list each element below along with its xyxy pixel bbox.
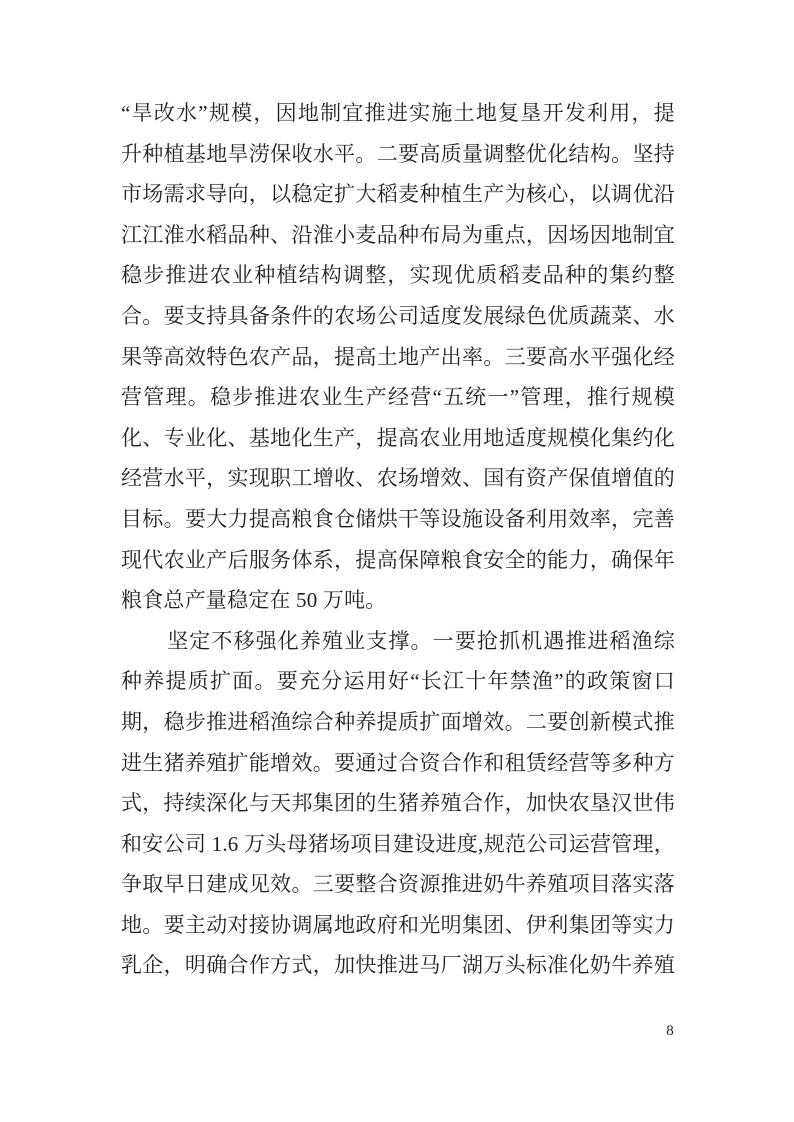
page-number: 8	[655, 1020, 685, 1042]
paragraph-2: 坚定不移强化养殖业支撑。一要抢抓机遇推进稻渔综合 种养提质扩面。要充分运用好“长…	[121, 621, 675, 986]
text-line: 期，稳步推进稻渔综合种养提质扩面增效。二要创新模式推	[121, 702, 675, 743]
text-line: 种养提质扩面。要充分运用好“长江十年禁渔”的政策窗口	[121, 661, 675, 702]
text-line: 升种植基地旱涝保收水平。二要高质量调整优化结构。坚持	[121, 134, 675, 175]
text-line: 稳步推进农业种植结构调整，实现优质稻麦品种的集约整	[121, 255, 675, 296]
text-line: 市场需求导向，以稳定扩大稻麦种植生产为核心，以调优沿	[121, 174, 675, 215]
document-body-text: “旱改水”规模，因地制宜推进实施土地复垦开发利用，提 升种植基地旱涝保收水平。二…	[121, 93, 675, 986]
text-line: 经营水平，实现职工增收、农场增效、国有资产保值增值的	[121, 458, 675, 499]
text-line: 乳企，明确合作方式，加快推进马厂湖万头标准化奶牛养殖	[121, 945, 675, 986]
text-line: 坚定不移强化养殖业支撑。一要抢抓机遇推进稻渔综合	[121, 621, 675, 662]
text-line: “旱改水”规模，因地制宜推进实施土地复垦开发利用，提	[121, 93, 675, 134]
text-line: 营管理。稳步推进农业生产经营“五统一”管理，推行规模	[121, 377, 675, 418]
text-line: 粮食总产量稳定在 50 万吨。	[121, 580, 675, 621]
text-line: 目标。要大力提高粮食仓储烘干等设施设备利用效率，完善	[121, 499, 675, 540]
text-line: 地。要主动对接协调属地政府和光明集团、伊利集团等实力	[121, 905, 675, 946]
text-line: 果等高效特色农产品，提高土地产出率。三要高水平强化经	[121, 337, 675, 378]
text-line: 现代农业产后服务体系，提高保障粮食安全的能力，确保年	[121, 540, 675, 581]
paragraph-1: “旱改水”规模，因地制宜推进实施土地复垦开发利用，提 升种植基地旱涝保收水平。二…	[121, 93, 675, 621]
text-line: 式，持续深化与天邦集团的生猪养殖合作，加快农垦汉世伟	[121, 783, 675, 824]
text-line: 化、专业化、基地化生产，提高农业用地适度规模化集约化	[121, 418, 675, 459]
text-line: 争取早日建成见效。三要整合资源推进奶牛养殖项目落实落	[121, 864, 675, 905]
text-line: 江江淮水稻品种、沿淮小麦品种布局为重点，因场因地制宜	[121, 215, 675, 256]
document-page: “旱改水”规模，因地制宜推进实施土地复垦开发利用，提 升种植基地旱涝保收水平。二…	[0, 0, 794, 1122]
text-line: 和安公司 1.6 万头母猪场项目建设进度,规范公司运营管理，	[121, 824, 675, 865]
text-line: 合。要支持具备条件的农场公司适度发展绿色优质蔬菜、水	[121, 296, 675, 337]
text-line: 进生猪养殖扩能增效。要通过合资合作和租赁经营等多种方	[121, 743, 675, 784]
